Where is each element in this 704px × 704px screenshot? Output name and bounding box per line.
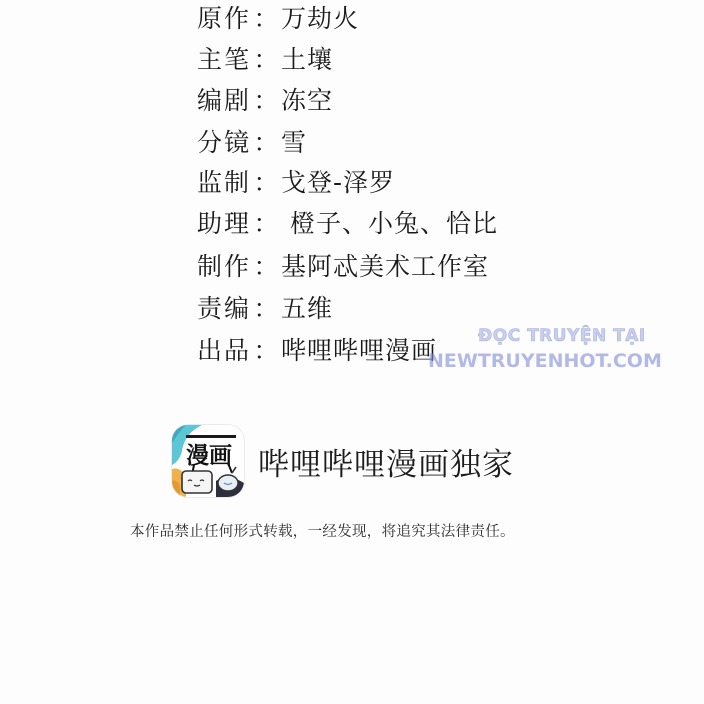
- credit-colon: ：: [251, 166, 281, 200]
- credit-value: 橙子、小兔、恰比: [281, 207, 498, 241]
- credit-row-editor: 责编 ： 五维: [197, 292, 333, 326]
- credit-colon: ：: [251, 43, 281, 77]
- credit-row-screenwriter: 编剧 ： 冻空: [197, 84, 333, 118]
- credit-label: 监制: [197, 166, 251, 200]
- credit-colon: ：: [251, 250, 281, 284]
- credit-value: 五维: [281, 292, 333, 326]
- svg-text:漫画: 漫画: [186, 442, 232, 469]
- credit-colon: ：: [251, 2, 281, 36]
- copyright-notice: 本作品禁止任何形式转载，一经发现，将追究其法律责任。: [130, 520, 515, 541]
- credit-label: 制作: [197, 250, 251, 284]
- credit-label: 分镜: [197, 126, 251, 160]
- credit-row-original-author: 原作 ： 万劫火: [197, 2, 359, 36]
- credit-value: 万劫火: [281, 2, 359, 36]
- credit-row-lead-artist: 主笔 ： 土壤: [197, 43, 333, 77]
- credit-value: 基阿忒美术工作室: [281, 250, 489, 284]
- brand-title: 哔哩哔哩漫画独家: [258, 439, 514, 484]
- credit-value: 雪: [281, 126, 307, 160]
- credit-colon: ：: [251, 84, 281, 118]
- credit-row-production: 制作 ： 基阿忒美术工作室: [197, 250, 489, 284]
- credit-label: 主笔: [197, 43, 251, 77]
- credit-label: 助理: [197, 207, 251, 241]
- credit-value: 戈登-泽罗: [281, 166, 395, 200]
- credit-value: 哔哩哔哩漫画: [281, 334, 437, 368]
- credit-row-assistants: 助理 ： 橙子、小兔、恰比: [197, 207, 498, 241]
- manga-logo-icon: 漫画: [172, 425, 244, 497]
- credit-row-supervisor: 监制 ： 戈登-泽罗: [197, 166, 395, 200]
- credit-colon: ：: [251, 292, 281, 326]
- watermark-line-1: ĐỌC TRUYỆN TẠI: [478, 326, 646, 346]
- credit-colon: ：: [251, 207, 281, 241]
- credit-colon: ：: [251, 126, 281, 160]
- credit-label: 责编: [197, 292, 251, 326]
- credit-value: 土壤: [281, 43, 333, 77]
- credit-label: 出品: [197, 334, 251, 368]
- credit-value: 冻空: [281, 84, 333, 118]
- credit-label: 编剧: [197, 84, 251, 118]
- credit-colon: ：: [251, 334, 281, 368]
- bilibili-comics-app-icon: 漫画: [172, 425, 244, 497]
- watermark-line-2: NEWTRUYENHOT.COM: [428, 350, 662, 372]
- credit-label: 原作: [197, 2, 251, 36]
- brand-exclusive-banner: 漫画 哔哩哔哩漫画独家: [172, 425, 514, 497]
- credit-row-publisher: 出品 ： 哔哩哔哩漫画: [197, 334, 437, 368]
- credit-row-storyboard: 分镜 ： 雪: [197, 126, 307, 160]
